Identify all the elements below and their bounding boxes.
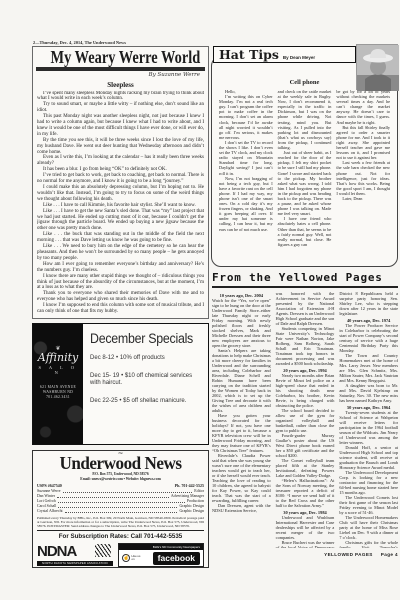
- section-heading: 20 years ago, Dec. 1994: [276, 368, 335, 373]
- paragraph: The Power Producer Service in Coleharbor…: [339, 323, 398, 353]
- paragraph: Like . . . I have to get the new Santa’s…: [37, 209, 204, 233]
- paragraph: District 8 Republicans held a surprise p…: [339, 291, 398, 316]
- paragraph: The Underwood Homemakers Club will have …: [339, 515, 398, 540]
- dot-leader: [63, 492, 193, 493]
- ndna-caption: NORTH DAKOTA NEWSPAPER ASSOCIATION: [37, 561, 113, 566]
- paragraph: Thank you to everyone who shared their m…: [37, 291, 204, 303]
- salon-address: 621 MAIN AVENUE WASHBURN ND 701.462.3431: [33, 385, 83, 399]
- paragraph: Like . . . I have to call Kimmie, his fa…: [37, 203, 204, 209]
- ad-title: December Specials: [90, 331, 193, 346]
- paragraph: I know there are many other stupid thing…: [37, 274, 204, 292]
- paragraph: The Town and Country Homemakers met at t…: [339, 353, 398, 383]
- salon-name: Affinity: [33, 352, 83, 364]
- paragraph: Have you gotten your business decorated …: [212, 413, 271, 453]
- jump-line: YELLOWED PAGES Page 4: [212, 552, 398, 557]
- paragraph: Just out of sheer habit, as I reached fo…: [278, 150, 332, 216]
- paragraph: By the time you see this, it will be thr…: [37, 138, 204, 156]
- section-heading: 10 years ago, Dec. 2004: [212, 293, 271, 298]
- paragraph: The Underwood Development Corp. is looki…: [339, 470, 398, 495]
- hat-tips-col-3: be got by for a lot of years without che…: [336, 89, 390, 255]
- paragraph: I know I’m supposed to end this column w…: [37, 303, 204, 312]
- column-byline: By Suzanne Werre: [33, 72, 200, 78]
- columnist-photo: [356, 44, 398, 90]
- paragraph: Fourth-grader Murray Gaulke’s poster abo…: [276, 433, 335, 458]
- paragraph: Christmas gifts for the whole family. Vi…: [339, 540, 398, 548]
- staff-role: Graphic Design: [179, 509, 204, 514]
- paragraph: I’m writing this on Cyber Monday. I’m no…: [219, 94, 273, 140]
- subscription-line: For Subscription Rates: Call 701-442-553…: [37, 530, 204, 540]
- paragraph: I’ve spent many sleepless Monday nights …: [37, 91, 204, 103]
- yellowed-pages-body: 10 years ago, Dec. 2004Watch for the “Ye…: [212, 291, 398, 548]
- paragraph: I don’t set the TV to record the shows I…: [219, 140, 273, 176]
- paragraph: Nearly two months after Brian Bevie of M…: [276, 373, 335, 408]
- dot-leader: [58, 502, 185, 503]
- paragraph: Try to sound smart, or maybe a little wi…: [37, 102, 204, 114]
- hat-tips-header: Hat Tips By Dean Meyer: [213, 46, 356, 63]
- paragraph: The school board decided to allow use of…: [276, 408, 335, 433]
- masthead-email: Email: unews@westriv.com • Website: bhgn…: [37, 477, 204, 481]
- paragraph: I have one friend who absolutely hates a…: [278, 216, 332, 247]
- facebook-logo: facebook: [153, 552, 200, 565]
- paragraph: Dan Dressen, agent with the NDSU Extensi…: [212, 503, 271, 513]
- hat-tips-byline: By Dean Meyer: [283, 55, 315, 60]
- dot-leader: [65, 512, 178, 513]
- paragraph: I’ve tried to get back to work, get back…: [37, 173, 204, 185]
- ndna-logo: NDNA NORTH DAKOTA NEWSPAPER ASSOCIATION: [37, 543, 113, 567]
- paragraph: The Comet volleyball team placed fifth a…: [276, 458, 335, 478]
- publication-notice: Published every Thursday by BHG, Inc., P…: [37, 516, 204, 529]
- section-heading: 50 years ago, Dec. 1964: [339, 405, 398, 410]
- facebook-promo: BHG's ND Community Newspapers ☝ Like us …: [118, 543, 204, 567]
- masthead: The Underwood News P.O. Box 575, Underwo…: [32, 450, 209, 568]
- like-us-label: Like us on: [132, 555, 144, 561]
- paragraph: But this fall Shirley finally agreed to …: [336, 125, 390, 161]
- paragraph: The Underwood Comets lost their first ga…: [339, 495, 398, 515]
- ndna-stripes-icon: [95, 544, 111, 557]
- ad-item: Dec 8-12 • 10% off products: [90, 355, 202, 362]
- paragraph: Underwood and Washburn International Har…: [276, 515, 335, 540]
- salon-subtitle: S A L O N: [33, 365, 83, 375]
- dot-leader: [57, 497, 169, 498]
- paragraph: Last week a few friends at the sale barn…: [336, 160, 390, 196]
- paragraph: Riverdale’s Claudia Power said that when…: [212, 453, 271, 503]
- ad-item: Dec 15- 19 • $10 off chemical services w…: [90, 373, 202, 387]
- postmaster-text: POSTMASTER: Send address changes to The …: [47, 524, 190, 528]
- dot-leader: [58, 507, 177, 508]
- section-heading: 40 years ago, Dec. 1974: [339, 318, 398, 323]
- newspaper-page: 2—Thursday, Dec. 4, 2014, The Underwood …: [0, 0, 400, 600]
- column-title: My Weary Werre World: [51, 48, 191, 67]
- hat-tips-col-1: Hello,I’m writing this on Cyber Monday. …: [219, 89, 273, 255]
- paragraph: Twenty-seven students at the School of S…: [339, 410, 398, 445]
- page-number: Page 4: [381, 552, 398, 557]
- jump-label: YELLOWED PAGES: [324, 552, 373, 557]
- like-us: ☝ Like us on: [122, 554, 144, 562]
- paragraph: Later, Dean: [336, 196, 390, 201]
- paragraph: Like . . . the buck that was standing ou…: [37, 232, 204, 244]
- affinity-salon-ad: ❦ Affinity S A L O N 621 MAIN AVENUE WAS…: [32, 323, 209, 445]
- title-rule: [36, 67, 205, 71]
- paragraph: Watch for the “Yes, we’re open” sign to …: [212, 298, 271, 348]
- paragraph: How am I ever going to remember everyone…: [37, 262, 204, 274]
- yellowed-col-2: was honored with the Achievement in Serv…: [276, 291, 335, 548]
- salon-phone: 701.462.3431: [33, 395, 83, 400]
- hat-tips-col-2: and check on the cattle market at the we…: [278, 89, 332, 255]
- paragraph: Bruce Buchert was the winner of the loca…: [276, 540, 335, 548]
- ndna-wordmark: NDNA: [37, 544, 76, 559]
- paragraph: Santa’s Helpers are taking donations to …: [212, 348, 271, 413]
- staff-name: Crystal Albrecht: [37, 509, 63, 514]
- hat-tips-title: Hat Tips: [219, 47, 279, 62]
- yellowed-col-1: 10 years ago, Dec. 2004Watch for the “Ye…: [212, 291, 271, 548]
- facebook-promo-body: ☝ Like us on facebook: [119, 550, 203, 567]
- paragraph: and check on the cattle market at the we…: [278, 89, 332, 150]
- salon-ad-left-panel: ❦ Affinity S A L O N 621 MAIN AVENUE WAS…: [33, 324, 83, 444]
- weary-werre-world-column: My Weary Werre World By Suzanne Werre Sl…: [32, 46, 209, 319]
- article-headline: Sleepless: [33, 81, 208, 89]
- paragraph: Students competing in Minot State Univer…: [276, 326, 335, 366]
- staff-row: Crystal AlbrechtGraphic Design: [37, 509, 204, 514]
- yellowed-pages-banner: From the Yellowed Pages: [212, 271, 398, 288]
- masthead-logos: NDNA NORTH DAKOTA NEWSPAPER ASSOCIATION …: [37, 543, 204, 567]
- paragraph: I could make this an absolutely depressi…: [37, 185, 204, 203]
- paragraph: was honored with the Achievement in Serv…: [276, 291, 335, 326]
- paragraph: “Helen’s Hallucinations”: At the Sons of…: [276, 478, 335, 508]
- masthead-usps-phone: USPS #647540 Ph. 701-442-5525: [37, 483, 204, 488]
- edition-line: 2—Thursday, Dec. 4, 2014, The Underwood …: [33, 40, 126, 45]
- ad-item: Dec 22-25 • $5 off shellac manicure.: [90, 398, 202, 405]
- article-body: I’ve spent many sleepless Monday nights …: [37, 91, 204, 313]
- paragraph: Now, I’m not bragging of not being a tec…: [219, 176, 273, 232]
- masthead-phone: Ph. 701-442-5525: [175, 483, 204, 488]
- section-heading: 30 years ago, Dec. 1984: [276, 510, 335, 515]
- paragraph: Donald Hoff, a senior at Underwood High …: [339, 445, 398, 470]
- yellowed-col-3: District 8 Republicans held a surprise p…: [339, 291, 398, 548]
- salon-ad-specials: December Specials Dec 8-12 • 10% off pro…: [83, 324, 208, 444]
- masthead-title: Underwood News: [41, 455, 200, 472]
- paragraph: Even as I write this, I’m looking at the…: [37, 155, 204, 167]
- paragraph: be got by for a lot of years without che…: [336, 89, 390, 125]
- hat-tips-body: Hello,I’m writing this on Cyber Monday. …: [219, 89, 390, 255]
- paragraph: Like . . . We need to bury him on the ed…: [37, 244, 204, 262]
- thumbs-up-icon: ☝: [122, 554, 130, 562]
- paragraph: This past Monday night was another sleep…: [37, 114, 204, 138]
- usps-number: USPS #647540: [37, 483, 62, 488]
- paragraph: A daughter was born to Mr. and Mrs. Davi…: [339, 383, 398, 403]
